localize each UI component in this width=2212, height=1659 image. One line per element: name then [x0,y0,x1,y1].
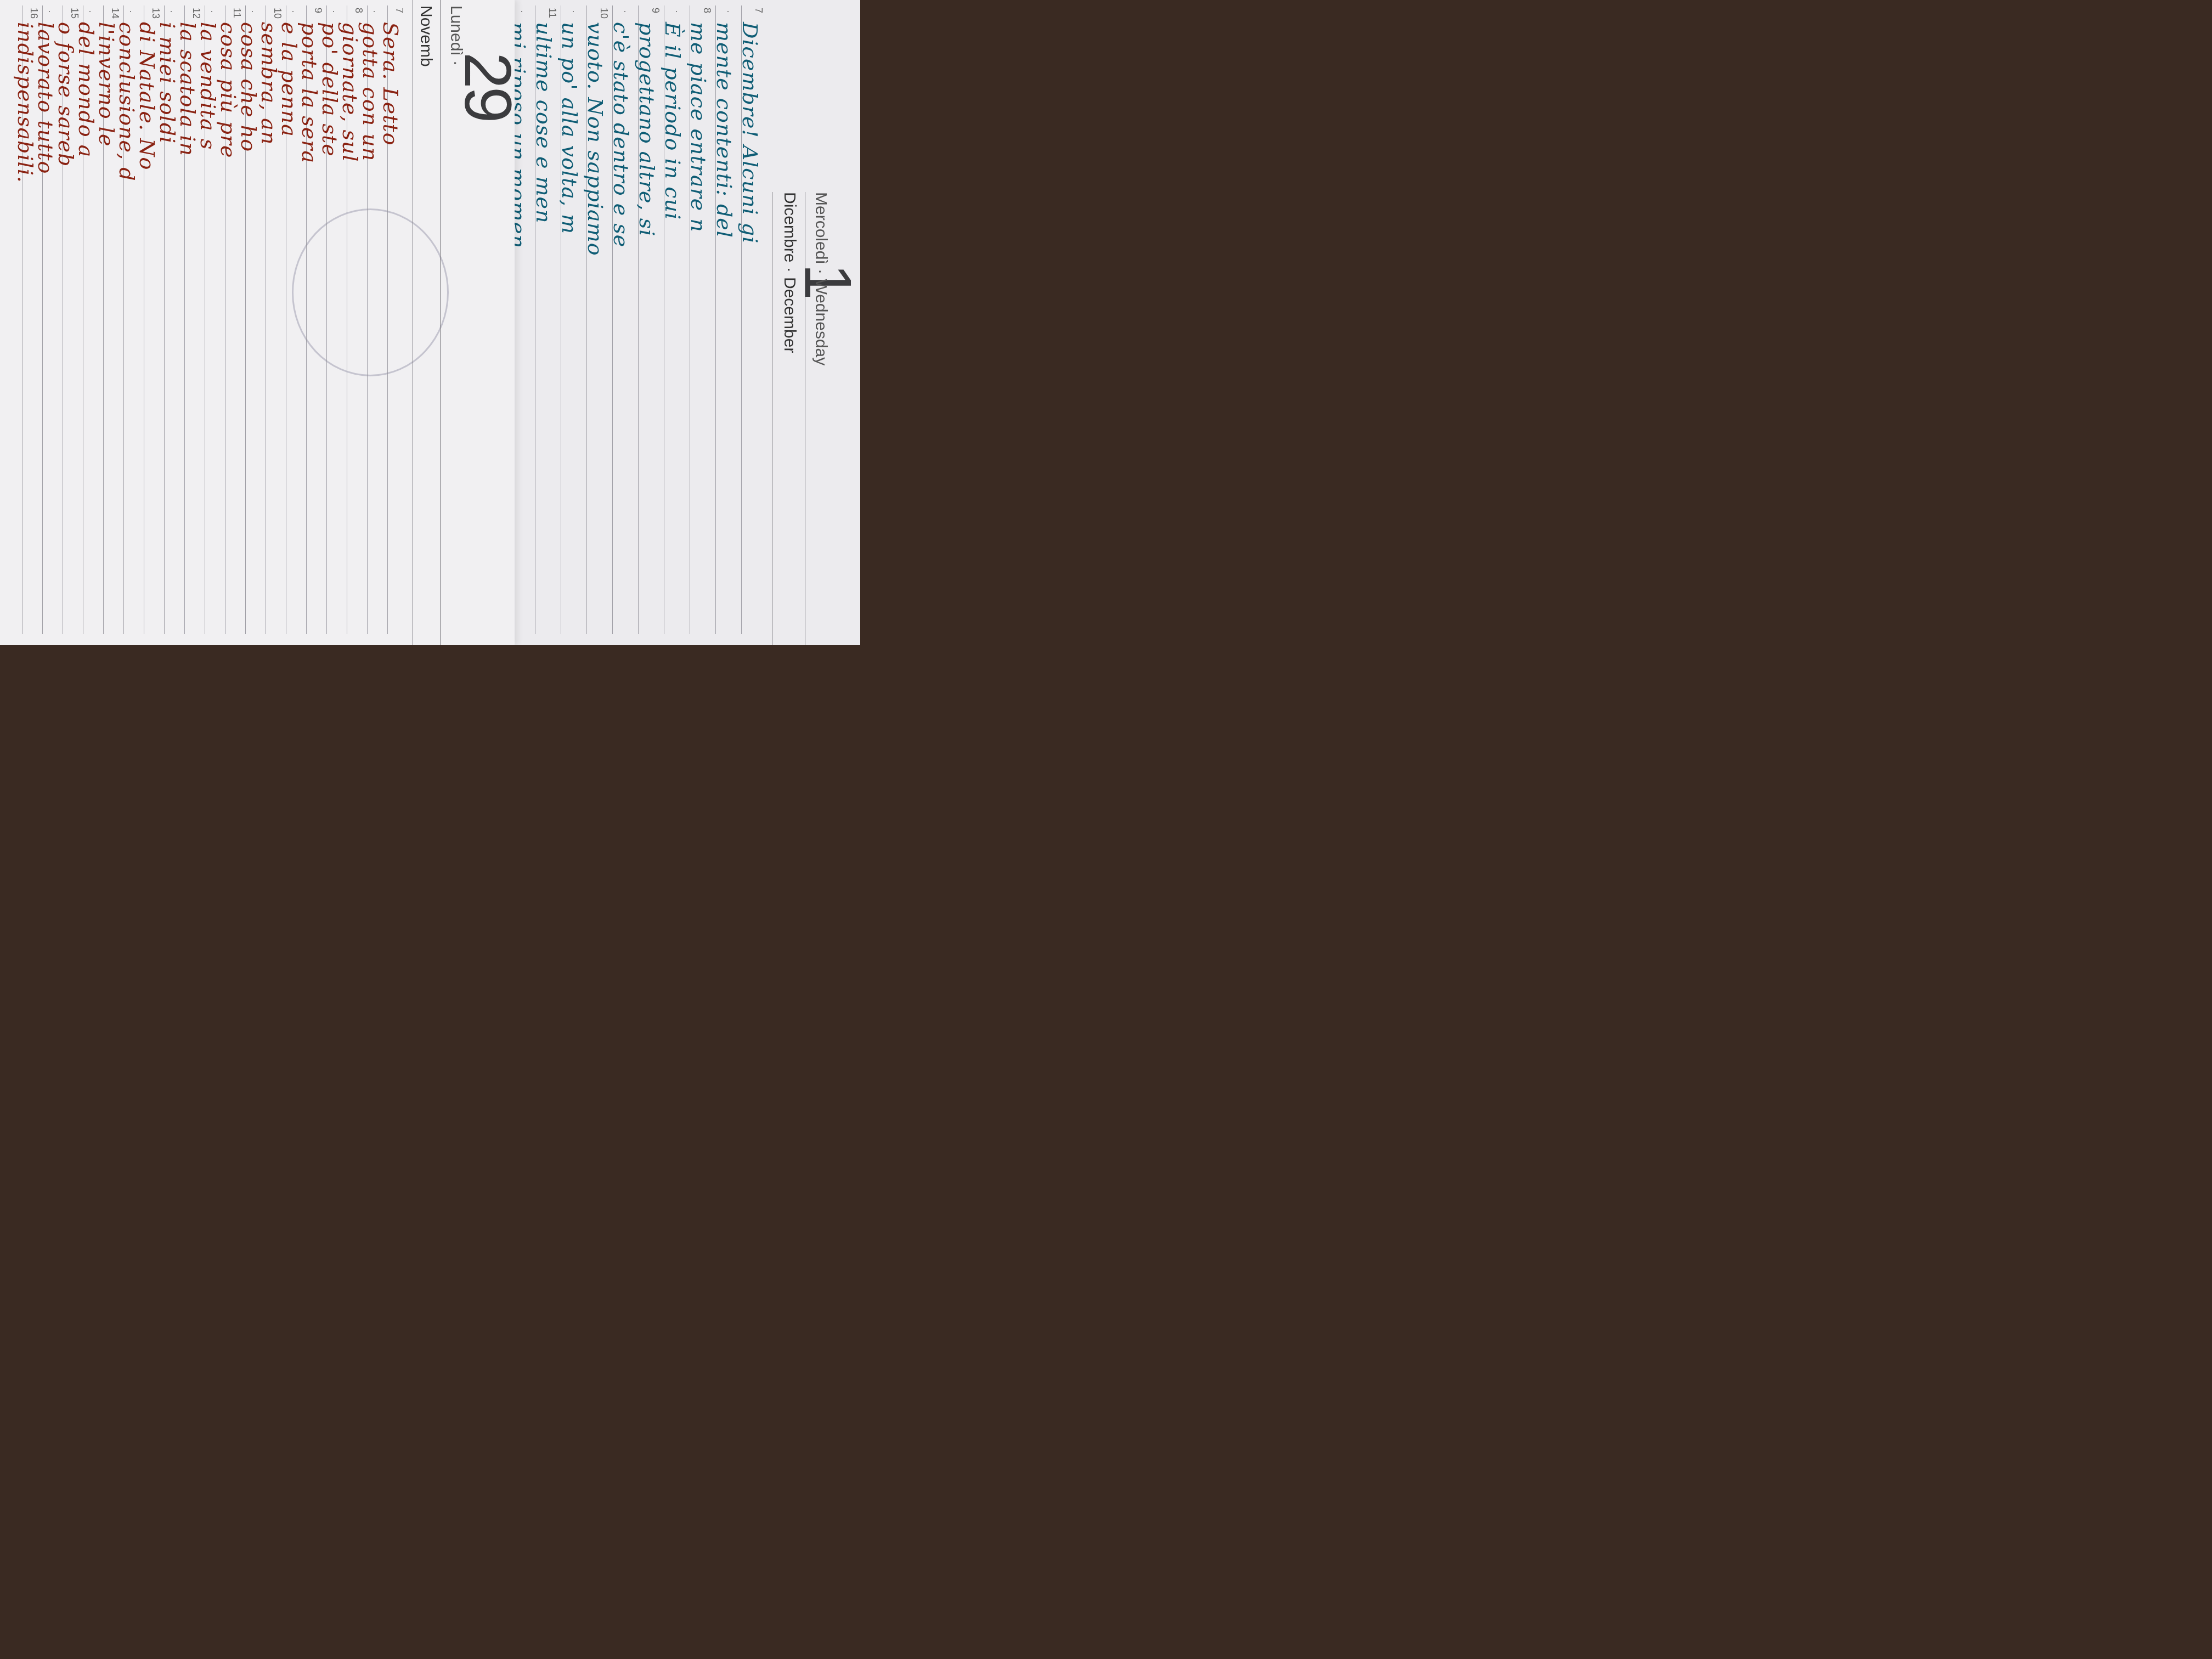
november-weekday: Lunedì · [447,5,465,66]
half-hour-dot: · [516,10,528,13]
handwritten-line: È il periodo in cui [661,22,685,220]
hour-label: 9 [650,8,661,13]
handwritten-line: vuoto. Non sappiamo [583,22,607,256]
handwritten-line: progettano altre, si [635,22,659,236]
half-hour-dot: · [44,10,55,13]
hour-label: 12 [190,8,202,19]
hour-label: 7 [753,8,764,13]
december-month: Dicembre · December [780,192,799,353]
december-weekday: Mercoledì · Wednesday [811,192,830,365]
hour-label: 8 [701,8,713,13]
hour-label: 10 [598,8,610,19]
half-hour-dot: · [723,10,734,13]
hour-label: 10 [272,8,283,19]
handwritten-line: un po' alla volta, m [557,22,582,234]
half-hour-dot: · [568,10,579,13]
hour-label: 9 [312,8,324,13]
handwritten-line: ultime cose e men [532,22,556,223]
half-hour-dot: · [287,10,299,13]
header-rule [440,0,441,645]
hour-label: 11 [231,8,242,18]
hour-label: 14 [109,8,121,19]
header-rule [805,192,805,645]
pencil-circle [292,208,449,376]
half-hour-dot: · [247,10,258,13]
handwritten-line: Dicembre! Alcuni gi [738,22,762,244]
half-hour-dot: · [166,10,177,13]
half-hour-dot: · [619,10,631,13]
half-hour-dot: · [206,10,218,13]
november-month: Novemb [416,5,435,67]
hour-label: 7 [393,8,405,13]
handwritten-line: indispensabili. [13,22,37,183]
half-hour-dot: · [125,10,137,13]
half-hour-dot: · [369,10,380,13]
diary-spread: 1 Mercoledì · Wednesday Dicembre · Decem… [0,0,860,645]
header-rule [772,192,772,645]
handwritten-line: me piace entrare n [686,22,710,233]
handwritten-line: mente contenti: del [712,22,736,238]
header-rule [413,0,413,645]
hour-label: 15 [69,8,80,19]
hour-label: 11 [546,8,558,18]
handwritten-line: c'è stato dentro e se [609,22,633,247]
hour-label: 8 [353,8,364,13]
hour-label: 16 [28,8,39,19]
hour-label: 13 [150,8,161,19]
december-page: 1 Mercoledì · Wednesday Dicembre · Decem… [509,0,860,645]
half-hour-dot: · [671,10,682,13]
half-hour-dot: · [328,10,340,13]
november-page: 29 Lunedì · Novemb Sera. Letto7gotta con… [0,0,515,645]
half-hour-dot: · [84,10,96,13]
